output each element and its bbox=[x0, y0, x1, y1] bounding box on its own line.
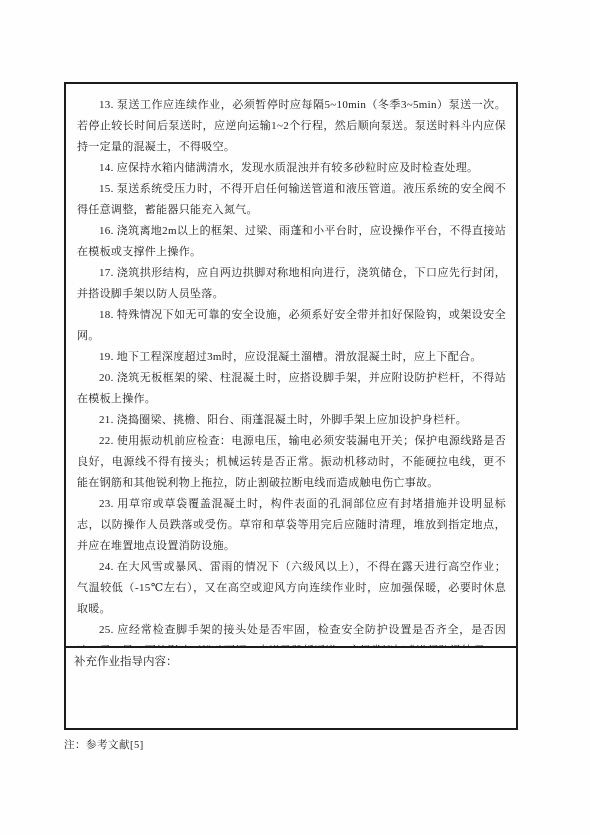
instruction-item: 23. 用草帘或草袋覆盖混凝土时，构件表面的孔洞部位应有封堵措施并设明显标志，以… bbox=[77, 494, 506, 557]
instruction-item: 17. 浇筑拱形结构，应自两边拱脚对称地相向进行，浇筑储仓，下口应先行封闭，并搭… bbox=[77, 263, 506, 305]
instruction-item: 24. 在大风雪或暴风、雷雨的情况下（六级风以上），不得在露天进行高空作业；气温… bbox=[77, 557, 506, 620]
instruction-item: 13. 泵送工作应连续作业，必须暂停时应每隔5~10min（冬季3~5min）泵… bbox=[77, 95, 506, 158]
reference-footnote: 注：参考文献[5] bbox=[64, 739, 144, 753]
instruction-items-cell: 13. 泵送工作应连续作业，必须暂停时应每隔5~10min（冬季3~5min）泵… bbox=[66, 84, 516, 648]
instruction-item: 22. 使用振动机前应检查：电源电压，输电必须安装漏电开关；保护电源线路是否良好… bbox=[77, 431, 506, 494]
instruction-item: 16. 浇筑离地2m以上的框架、过梁、雨蓬和小平台时，应设操作平台，不得直接站在… bbox=[77, 221, 506, 263]
instruction-item: 21. 浇捣圈梁、挑檐、阳台、雨蓬混凝土时，外脚手架上应加设护身栏杆。 bbox=[77, 410, 506, 431]
instruction-item: 19. 地下工程深度超过3m时，应设混凝土溜槽。滑放混凝土时，应上下配合。 bbox=[77, 347, 506, 368]
instruction-item: 20. 浇筑无板框架的梁、柱混凝土时，应搭设脚手架，并应附设防护栏杆，不得站在模… bbox=[77, 368, 506, 410]
instruction-item: 14. 应保持水箱内储满清水，发现水质混浊并有较多砂粒时应及时检查处理。 bbox=[77, 158, 506, 179]
instruction-item: 25. 应经常检查脚手架的接头处是否牢固，检查安全防护设置是否齐全，是否因冰、雪… bbox=[77, 620, 506, 648]
instruction-item: 18. 特殊情况下如无可靠的安全设施，必须系好安全带并扣好保险钩，或架设安全网。 bbox=[77, 305, 506, 347]
instruction-item: 15. 泵送系统受压力时，不得开启任何输送管道和液压管道。液压系统的安全阀不得任… bbox=[77, 179, 506, 221]
instruction-table: 13. 泵送工作应连续作业，必须暂停时应每隔5~10min（冬季3~5min）泵… bbox=[64, 82, 518, 730]
scanned-document-page: 13. 泵送工作应连续作业，必须暂停时应每隔5~10min（冬季3~5min）泵… bbox=[0, 0, 590, 835]
supplement-label: 补充作业指导内容： bbox=[74, 656, 178, 668]
supplement-cell: 补充作业指导内容： bbox=[66, 648, 516, 728]
